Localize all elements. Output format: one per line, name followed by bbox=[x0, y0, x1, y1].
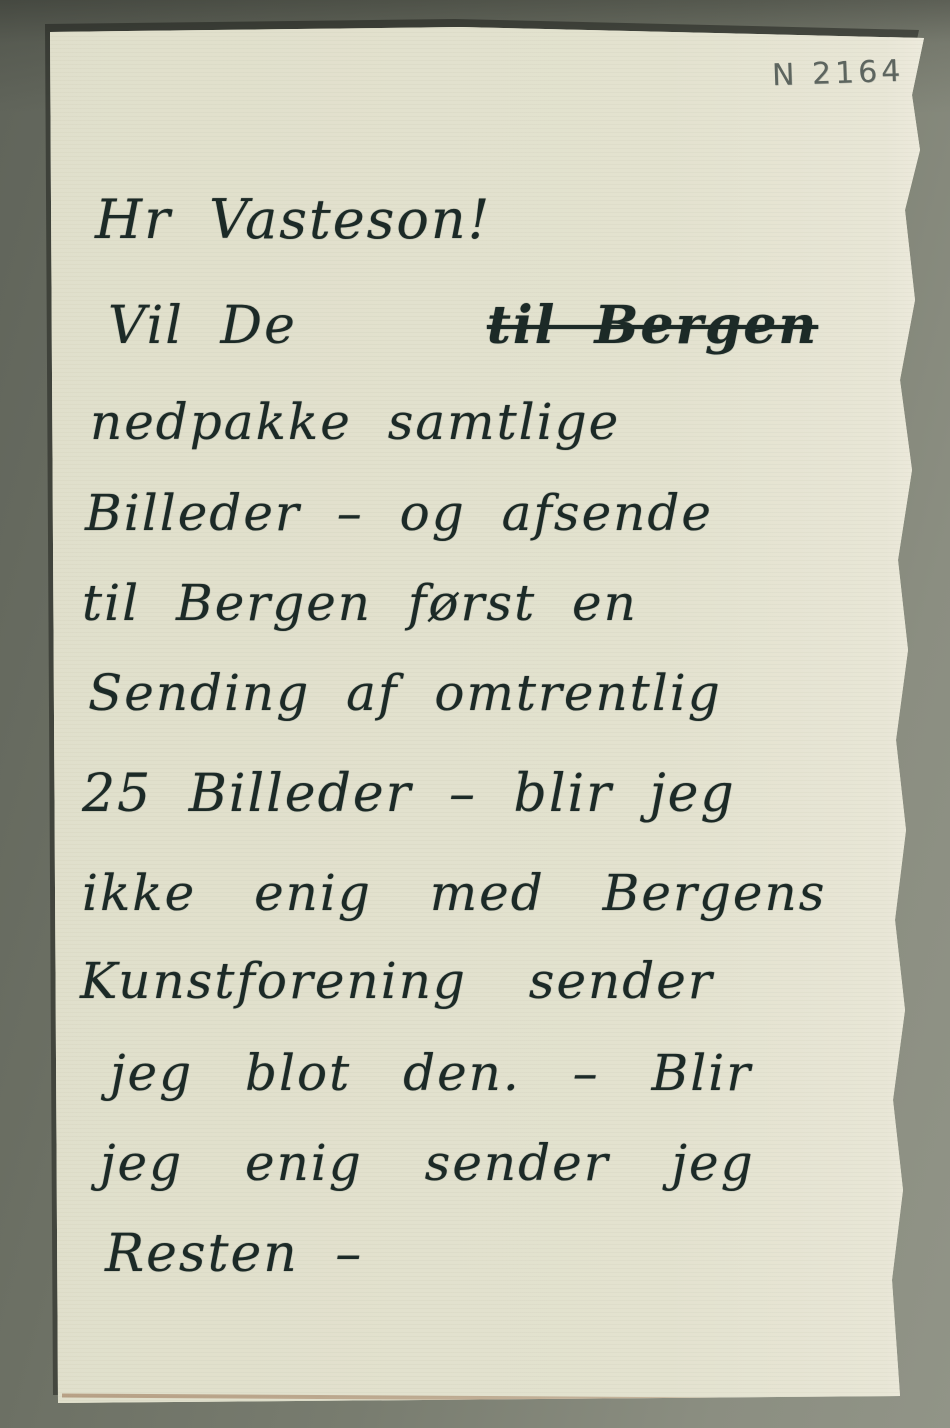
struck-text: til Bergen bbox=[487, 295, 818, 356]
paper-bottom-edge bbox=[62, 1393, 896, 1402]
handwriting-text: Vil De bbox=[108, 296, 297, 356]
handwriting-line-3: nedpakke samtlige bbox=[90, 393, 620, 451]
letter-paper: N 2164 Hr Vasteson! Vil Detil Bergen ned… bbox=[0, 0, 950, 1428]
handwriting-line-7: 25 Billeder – blir jeg bbox=[82, 764, 736, 824]
handwriting-line-2: Vil Detil Bergen bbox=[108, 295, 818, 356]
handwriting-line-10: jeg blot den. – Blir bbox=[110, 1044, 752, 1102]
photo-background: N 2164 Hr Vasteson! Vil Detil Bergen ned… bbox=[0, 0, 950, 1428]
handwriting-line-6: Sending af omtrentlig bbox=[88, 664, 722, 722]
handwriting-line-1: Hr Vasteson! bbox=[95, 188, 491, 251]
catalog-number: N 2164 bbox=[771, 54, 904, 94]
handwriting-line-8: ikke enig med Bergens bbox=[82, 864, 826, 922]
handwriting-line-4: Billeder – og afsende bbox=[85, 484, 713, 542]
handwriting-line-9: Kunstforening sender bbox=[80, 952, 714, 1010]
handwriting-line-11: jeg enig sender jeg bbox=[100, 1134, 755, 1192]
handwriting-line-5: til Bergen først en bbox=[82, 574, 638, 632]
handwriting-line-12: Resten – bbox=[105, 1224, 363, 1284]
